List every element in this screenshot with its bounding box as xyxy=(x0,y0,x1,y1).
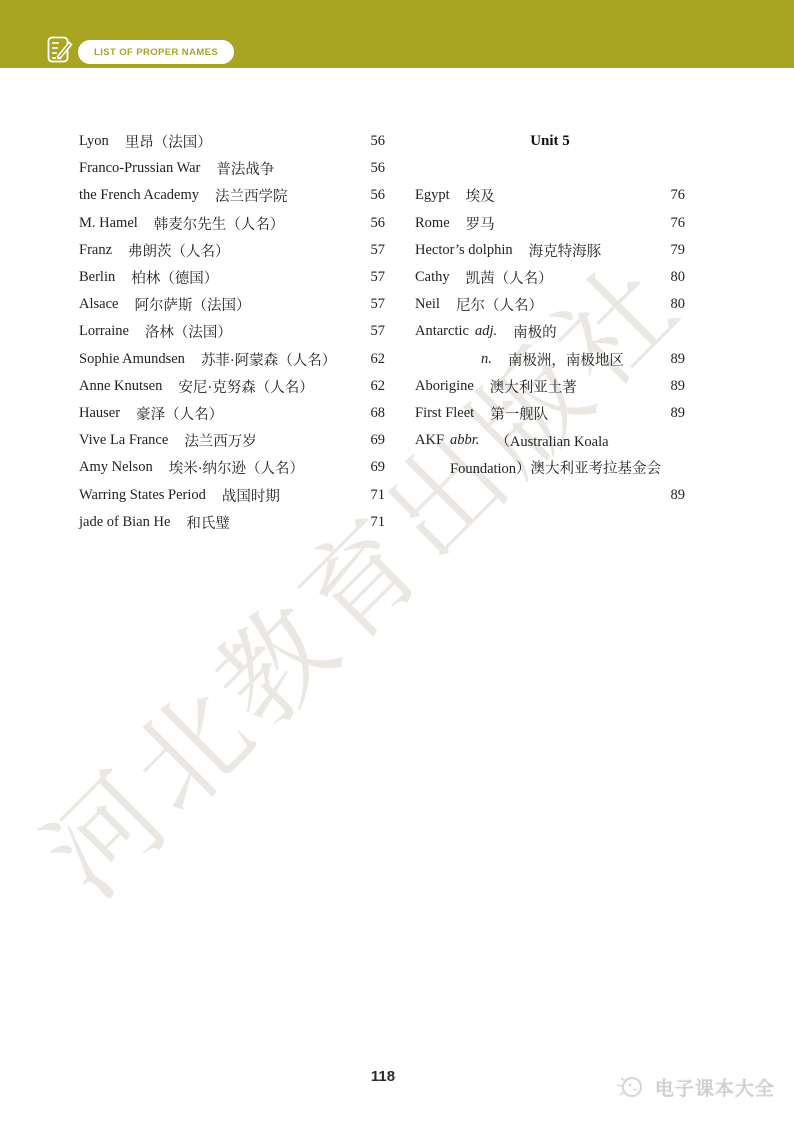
entry-row: Neil尼尔（人名）80 xyxy=(415,291,685,318)
entry-page-number: 89 xyxy=(665,487,686,504)
entry-english: AKF xyxy=(415,432,444,449)
entry-chinese: 埃及 xyxy=(466,185,495,206)
entry-english: jade of Bian He xyxy=(79,514,170,531)
entry-english: First Fleet xyxy=(415,405,474,422)
entry-english: Neil xyxy=(415,296,440,313)
entry-page-number: 71 xyxy=(365,487,386,504)
entry-page-number: 79 xyxy=(665,242,686,259)
entry-page-number: 89 xyxy=(665,378,686,395)
entry-chinese: Foundation）澳大利亚考拉基金会 xyxy=(450,457,661,478)
entry-english: Lorraine xyxy=(79,323,129,340)
entry-chinese: 柏林（德国） xyxy=(131,267,218,288)
entry-page-number: 76 xyxy=(665,215,686,232)
entry-chinese: 澳大利亚土著 xyxy=(490,376,577,397)
entry-row: Antarcticadj.南极的 xyxy=(415,318,685,345)
entry-row: Rome罗马76 xyxy=(415,210,685,237)
entry-english: Aborigine xyxy=(415,378,474,395)
entry-row: 89 xyxy=(415,481,685,508)
entry-page-number: 57 xyxy=(365,323,386,340)
entry-page-number: 71 xyxy=(365,514,386,531)
entry-chinese: （Australian Koala xyxy=(495,430,608,451)
entry-row: Berlin柏林（德国）57 xyxy=(79,264,385,291)
entry-english: Hauser xyxy=(79,405,120,422)
entry-row: Alsace阿尔萨斯（法国）57 xyxy=(79,291,385,318)
entry-chinese: 法兰西万岁 xyxy=(184,430,257,451)
entry-part-of-speech: abbr. xyxy=(450,432,479,449)
entry-row: Warring States Period战国时期71 xyxy=(79,481,385,508)
entry-page-number: 69 xyxy=(365,432,386,449)
entry-page-number: 62 xyxy=(365,351,386,368)
entry-english: Rome xyxy=(415,215,450,232)
textbook-page: LIST OF PROPER NAMES 河北教育出版社 Lyon里昂（法国）5… xyxy=(0,0,794,1123)
entry-row: Aborigine澳大利亚土著89 xyxy=(415,373,685,400)
entry-chinese: 洛林（法国） xyxy=(145,321,232,342)
entry-chinese: 海克特海豚 xyxy=(529,240,602,261)
entry-chinese: 罗马 xyxy=(466,213,495,234)
brand-watermark-text: 电子课本大全 xyxy=(655,1074,775,1101)
entry-chinese: 苏菲·阿蒙森（人名） xyxy=(201,349,336,370)
entry-row: Cathy凯茜（人名）80 xyxy=(415,264,685,291)
entry-english: Hector’s dolphin xyxy=(415,242,513,259)
column-spacer xyxy=(415,155,685,182)
entry-row: Foundation）澳大利亚考拉基金会 xyxy=(415,454,685,481)
entry-page-number: 57 xyxy=(365,242,386,259)
entry-page-number: 76 xyxy=(665,187,686,204)
entry-row: Anne Knutsen安尼·克努森（人名）62 xyxy=(79,373,385,400)
entry-page-number: 89 xyxy=(665,405,686,422)
entry-chinese: 尼尔（人名） xyxy=(456,294,543,315)
entry-row: the French Academy法兰西学院56 xyxy=(79,182,385,209)
entry-row: n.南极洲，南极地区89 xyxy=(415,346,685,373)
entry-page-number: 57 xyxy=(365,269,386,286)
entry-english: Amy Nelson xyxy=(79,459,153,476)
entry-row: Amy Nelson埃米·纳尔逊（人名）69 xyxy=(79,454,385,481)
entry-chinese: 豪泽（人名） xyxy=(136,403,223,424)
entry-chinese: 法兰西学院 xyxy=(215,185,288,206)
entry-page-number: 62 xyxy=(365,378,386,395)
page-number: 118 xyxy=(333,1068,433,1085)
entry-chinese: 埃米·纳尔逊（人名） xyxy=(169,457,304,478)
entry-chinese: 南极的 xyxy=(513,321,557,342)
entry-english: Anne Knutsen xyxy=(79,378,162,395)
entry-english: Franco-Prussian War xyxy=(79,160,200,177)
entry-chinese: 凯茜（人名） xyxy=(466,267,553,288)
right-column-entries: Egypt埃及76Rome罗马76Hector’s dolphin海克特海豚79… xyxy=(415,182,685,508)
entry-english: M. Hamel xyxy=(79,215,138,232)
entry-page-number: 56 xyxy=(365,133,386,150)
entry-chinese: 战国时期 xyxy=(222,485,280,506)
entry-chinese: 阿尔萨斯（法国） xyxy=(134,294,250,315)
entry-row: Hector’s dolphin海克特海豚79 xyxy=(415,237,685,264)
entry-row: Franco-Prussian War普法战争56 xyxy=(79,155,385,182)
entry-chinese: 里昂（法国） xyxy=(125,131,212,152)
entry-page-number: 80 xyxy=(665,296,686,313)
entry-english: Warring States Period xyxy=(79,487,206,504)
entry-page-number: 56 xyxy=(365,187,386,204)
entry-english: Alsace xyxy=(79,296,118,313)
entry-row: jade of Bian He和氏璧71 xyxy=(79,509,385,536)
entry-row: Sophie Amundsen苏菲·阿蒙森（人名）62 xyxy=(79,346,385,373)
entry-english: Antarctic xyxy=(415,323,469,340)
entry-row: Lyon里昂（法国）56 xyxy=(79,128,385,155)
entry-page-number: 80 xyxy=(665,269,686,286)
entry-row: AKFabbr.（Australian Koala xyxy=(415,427,685,454)
entry-row: M. Hamel韩麦尔先生（人名）56 xyxy=(79,210,385,237)
entry-english: Vive La France xyxy=(79,432,168,449)
entry-row: Lorraine洛林（法国）57 xyxy=(79,318,385,345)
entry-chinese: 安尼·克努森（人名） xyxy=(178,376,313,397)
entry-chinese: 和氏璧 xyxy=(186,512,230,533)
entry-chinese: 韩麦尔先生（人名） xyxy=(154,213,285,234)
entry-english: the French Academy xyxy=(79,187,199,204)
entry-page-number: 69 xyxy=(365,459,386,476)
header-band: LIST OF PROPER NAMES xyxy=(0,0,794,68)
entry-chinese: 南极洲，南极地区 xyxy=(508,349,624,370)
entry-part-of-speech: n. xyxy=(481,351,492,368)
entry-english: Egypt xyxy=(415,187,450,204)
entry-chinese: 第一舰队 xyxy=(490,403,548,424)
entry-english: Lyon xyxy=(79,133,109,150)
entry-page-number: 68 xyxy=(365,405,386,422)
entry-page-number: 57 xyxy=(365,296,386,313)
entry-row: Egypt埃及76 xyxy=(415,182,685,209)
entry-chinese: 弗朗茨（人名） xyxy=(128,240,230,261)
proper-names-left-column: Lyon里昂（法国）56Franco-Prussian War普法战争56the… xyxy=(79,128,385,536)
entry-english: Franz xyxy=(79,242,112,259)
entry-english: Berlin xyxy=(79,269,115,286)
entry-row: First Fleet第一舰队89 xyxy=(415,400,685,427)
entry-chinese: 普法战争 xyxy=(216,158,274,179)
entry-row: Vive La France法兰西万岁69 xyxy=(79,427,385,454)
entry-page-number: 56 xyxy=(365,215,386,232)
entry-row: Hauser豪泽（人名）68 xyxy=(79,400,385,427)
entry-page-number: 56 xyxy=(365,160,386,177)
unit-title: Unit 5 xyxy=(415,128,685,155)
mascot-face-icon xyxy=(615,1074,645,1100)
entry-english: Sophie Amundsen xyxy=(79,351,185,368)
entry-part-of-speech: adj. xyxy=(475,323,497,340)
notepad-pencil-icon xyxy=(47,35,73,64)
header-badge-label: LIST OF PROPER NAMES xyxy=(94,47,218,58)
entry-english: Cathy xyxy=(415,269,450,286)
brand-watermark: 电子课本大全 xyxy=(615,1072,775,1102)
entry-page-number: 89 xyxy=(665,351,686,368)
entry-row: Franz弗朗茨（人名）57 xyxy=(79,237,385,264)
header-badge: LIST OF PROPER NAMES xyxy=(78,40,234,64)
proper-names-right-column: Unit 5 Egypt埃及76Rome罗马76Hector’s dolphin… xyxy=(415,128,685,509)
